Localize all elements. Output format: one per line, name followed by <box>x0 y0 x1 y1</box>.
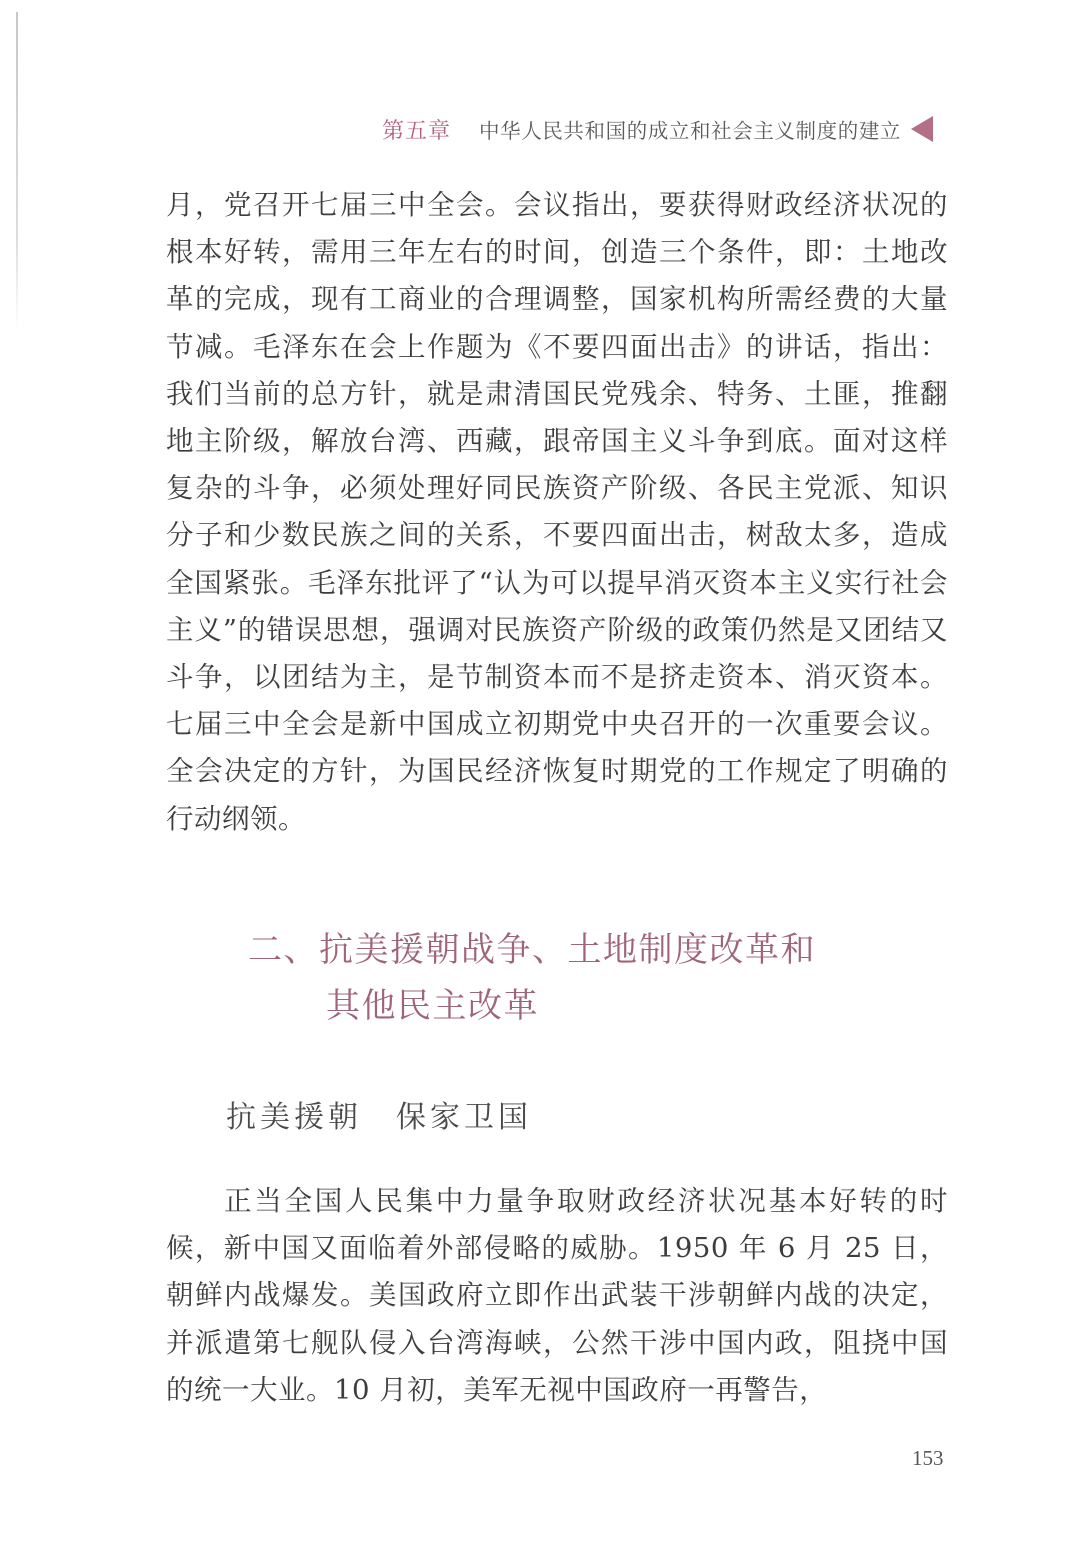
page-gutter-shadow <box>16 12 18 332</box>
section-heading: 二、抗美援朝战争、土地制度改革和 其他民主改革 <box>248 922 816 1034</box>
running-header: 第五章 中华人民共和国的成立和社会主义制度的建立 <box>382 112 933 146</box>
chapter-number: 第五章 <box>382 114 451 145</box>
section-heading-line-2: 其他民主改革 <box>248 978 816 1034</box>
chapter-title: 中华人民共和国的成立和社会主义制度的建立 <box>479 114 901 144</box>
section-heading-line-1: 二、抗美援朝战争、土地制度改革和 <box>248 930 816 970</box>
body-paragraph-2: 正当全国人民集中力量争取财政经济状况基本好转的时候，新中国又面临着外部侵略的威胁… <box>166 1178 948 1414</box>
subsection-heading: 抗美援朝 保家卫国 <box>226 1092 532 1136</box>
triangle-left-icon <box>911 116 933 142</box>
page-number: 153 <box>912 1446 944 1471</box>
body-paragraph-1: 月，党召开七届三中全会。会议指出，要获得财政经济状况的根本好转，需用三年左右的时… <box>166 182 948 843</box>
